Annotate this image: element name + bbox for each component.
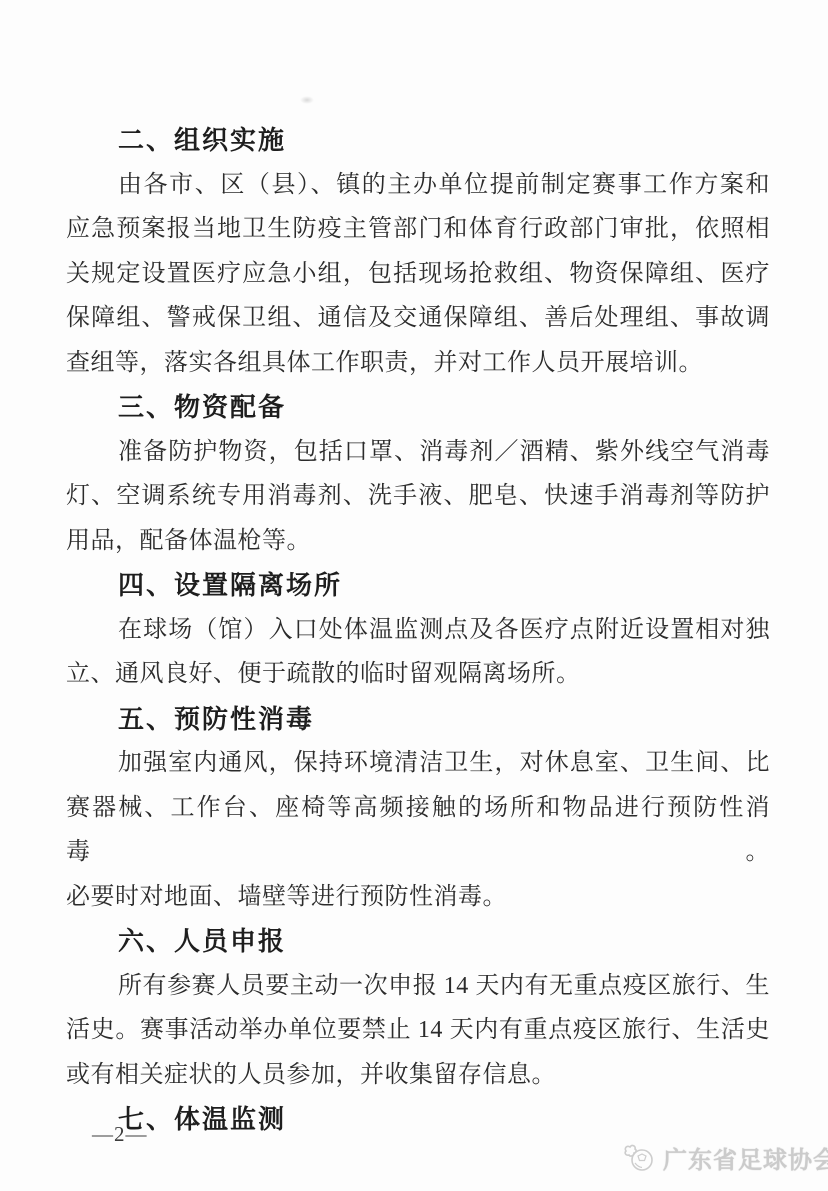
scan-smudge-artifact (300, 96, 314, 104)
body-line: 必要时对地面、墙壁等进行预防性消毒。 (66, 875, 770, 920)
football-association-logo-icon (622, 1143, 658, 1173)
body-line: 在球场（馆）入口处体温监测点及各医疗点附近设置相对独 (66, 608, 770, 653)
body-line: 应急预案报当地卫生防疫主管部门和体育行政部门审批，依照相 (66, 207, 770, 252)
body-line: 由各市、区（县）、镇的主办单位提前制定赛事工作方案和 (66, 163, 770, 208)
body-line: 赛器械、工作台、座椅等高频接触的场所和物品进行预防性消毒。 (66, 786, 770, 875)
body-line: 关规定设置医疗应急小组，包括现场抢救组、物资保障组、医疗 (66, 252, 770, 297)
section-heading-personnel-declaration: 六、人员申报 (66, 919, 770, 964)
scanned-document-page: 二、组织实施 由各市、区（县）、镇的主办单位提前制定赛事工作方案和 应急预案报当… (0, 0, 828, 1191)
section-heading-organization: 二、组织实施 (66, 118, 770, 163)
body-line: 灯、空调系统专用消毒剂、洗手液、肥皂、快速手消毒剂等防护 (66, 474, 770, 519)
section-heading-temperature-monitoring: 七、体温监测 (66, 1097, 770, 1142)
body-line: 查组等，落实各组具体工作职责，并对工作人员开展培训。 (66, 341, 770, 386)
body-line: 加强室内通风，保持环境清洁卫生，对休息室、卫生间、比 (66, 741, 770, 786)
body-line: 所有参赛人员要主动一次申报 14 天内有无重点疫区旅行、生 (66, 964, 770, 1009)
watermark-text: 广东省足球协会 (663, 1140, 828, 1175)
body-line: 保障组、警戒保卫组、通信及交通保障组、善后处理组、事故调 (66, 296, 770, 341)
watermark: 广东省足球协会 (622, 1140, 828, 1175)
body-line: 用品，配备体温枪等。 (66, 519, 770, 564)
body-line: 或有相关症状的人员参加，并收集留存信息。 (66, 1053, 770, 1098)
section-heading-isolation-area: 四、设置隔离场所 (66, 563, 770, 608)
body-line: 准备防护物资，包括口罩、消毒剂／酒精、紫外线空气消毒 (66, 430, 770, 475)
body-line: 活史。赛事活动举办单位要禁止 14 天内有重点疫区旅行、生活史 (66, 1008, 770, 1053)
section-heading-supplies: 三、物资配备 (66, 385, 770, 430)
page-number: —2— (92, 1122, 148, 1147)
body-line: 立、通风良好、便于疏散的临时留观隔离场所。 (66, 652, 770, 697)
section-heading-preventive-disinfection: 五、预防性消毒 (66, 697, 770, 742)
document-body: 二、组织实施 由各市、区（县）、镇的主办单位提前制定赛事工作方案和 应急预案报当… (66, 118, 770, 1142)
